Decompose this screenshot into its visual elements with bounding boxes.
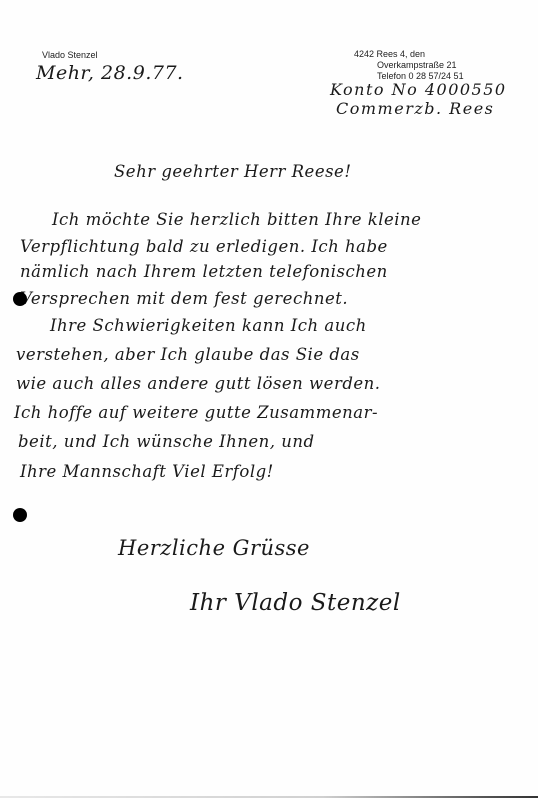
body-line: Verpflichtung bald zu erledigen. Ich hab… <box>20 237 388 256</box>
body-line: Ich hoffe auf weitere gutte Zusammenar- <box>14 403 378 422</box>
account-number: Konto No 4000550 <box>330 80 507 99</box>
body-line: nämlich nach Ihrem letzten telefonischen <box>20 262 388 281</box>
body-line: wie auch alles andere gutt lösen werden. <box>16 374 381 393</box>
letter-page: Vlado Stenzel 4242 Rees 4, den Overkamps… <box>0 0 538 798</box>
place-date: Mehr, 28.9.77. <box>36 62 184 84</box>
body-line: verstehen, aber Ich glaube das Sie das <box>16 345 360 364</box>
signature: Ihr Vlado Stenzel <box>190 590 401 616</box>
address-line-1: 4242 Rees 4, den <box>354 49 425 60</box>
body-line: Ich möchte Sie herzlich bitten Ihre klei… <box>52 210 421 229</box>
closing: Herzliche Grüsse <box>118 536 310 560</box>
sender-name: Vlado Stenzel <box>42 50 98 61</box>
body-line: Ihre Schwierigkeiten kann Ich auch <box>50 316 367 335</box>
body-line: Ihre Mannschaft Viel Erfolg! <box>20 462 274 481</box>
punch-hole-top <box>13 292 27 306</box>
body-line: Versprechen mit dem fest gerechnet. <box>20 289 348 308</box>
salutation: Sehr geehrter Herr Reese! <box>114 162 351 181</box>
body-line: beit, und Ich wünsche Ihnen, und <box>18 432 315 451</box>
bank-name: Commerzb. Rees <box>336 99 494 118</box>
address-line-2: Overkampstraße 21 <box>377 60 457 71</box>
punch-hole-bottom <box>13 508 27 522</box>
